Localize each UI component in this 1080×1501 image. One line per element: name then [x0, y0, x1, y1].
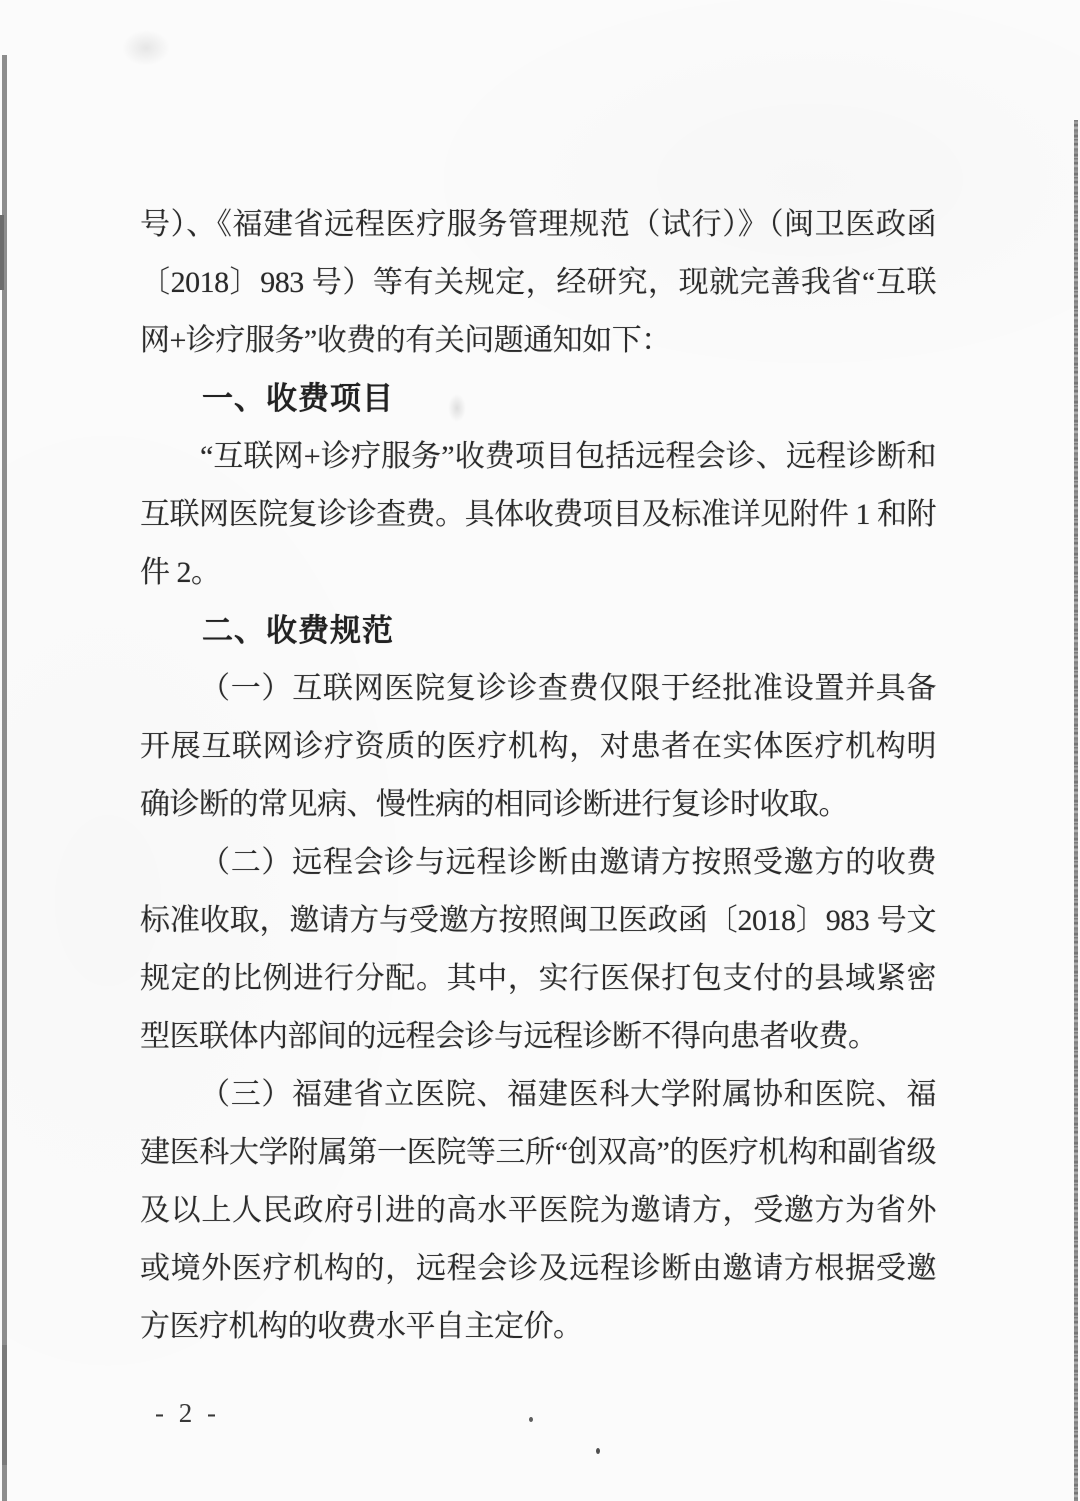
scan-edge-right-artifact: [1074, 120, 1078, 1501]
document-body: 号）、《福建省远程医疗服务管理规范（试行）》（闽卫医政函〔2018〕983 号）…: [140, 196, 936, 1356]
ink-speck: [529, 1417, 533, 1422]
body-paragraph-rule-3: （三）福建省立医院、福建医科大学附属协和医院、福建医科大学附属第一医院等三所“创…: [140, 1066, 936, 1356]
scan-edge-notch: [2, 1345, 7, 1465]
body-paragraph-continuation: 号）、《福建省远程医疗服务管理规范（试行）》（闽卫医政函〔2018〕983 号）…: [140, 196, 936, 370]
scan-edge-left-artifact: [2, 55, 7, 1501]
body-paragraph-rule-1: （一）互联网医院复诊诊查费仅限于经批准设置并具备开展互联网诊疗资质的医疗机构，对…: [140, 660, 936, 834]
ink-speck: [596, 1448, 600, 1454]
body-paragraph: “互联网+诊疗服务”收费项目包括远程会诊、远程诊断和互联网医院复诊诊查费。具体收…: [140, 428, 936, 602]
scanned-document-page: 号）、《福建省远程医疗服务管理规范（试行）》（闽卫医政函〔2018〕983 号）…: [0, 0, 1080, 1501]
scan-smudge: [122, 30, 170, 66]
section-heading-fee-items: 一、收费项目: [140, 370, 936, 428]
scan-edge-notch: [0, 215, 4, 290]
section-heading-fee-rules: 二、收费规范: [140, 602, 936, 660]
page-number: - 2 -: [155, 1398, 220, 1429]
body-paragraph-rule-2: （二）远程会诊与远程诊断由邀请方按照受邀方的收费标准收取，邀请方与受邀方按照闽卫…: [140, 834, 936, 1066]
